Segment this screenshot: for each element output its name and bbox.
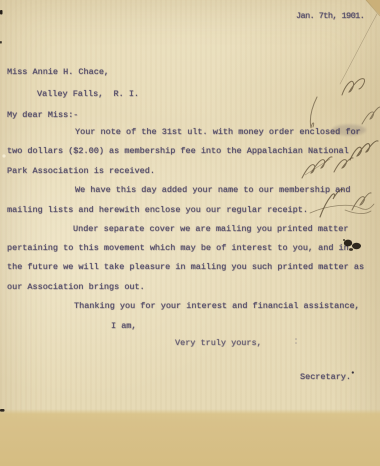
paper-corner-fold [366,0,380,16]
letter-page: Jan. 7th, 1901. Miss Annie H. Chace, Val… [0,0,380,466]
body-line: Park Association is received. [7,166,155,176]
body-line: Thanking you for your interest and finan… [74,301,360,311]
body-line: Your note of the 31st ult. with money or… [75,127,361,137]
body-line: our Association brings out. [7,282,145,292]
body-line: We have this day added your name to our … [75,185,350,195]
body-line: mailing lists and herewith enclose you o… [7,205,308,215]
bottom-paper-band [0,409,380,466]
salutation: My dear Miss:- [7,110,78,120]
body-line: two dollars ($2.00) as membership fee in… [7,146,349,156]
body-line: pertaining to this movement which may be… [7,243,349,253]
valediction: Very truly yours, [175,338,262,348]
ink-specks [295,338,354,373]
recipient-address: Valley Falls, R. I. [37,89,139,99]
paper-specks [0,10,6,412]
closing-i-am: I am, [111,321,137,331]
body-line: Under separate cover we are mailing you … [73,224,348,234]
signature-title: Secretary. [300,372,351,382]
body-line: the future we will take pleasure in mail… [7,262,364,272]
recipient-name: Miss Annie H. Chace, [7,67,109,77]
date-line: Jan. 7th, 1901. [296,11,364,21]
